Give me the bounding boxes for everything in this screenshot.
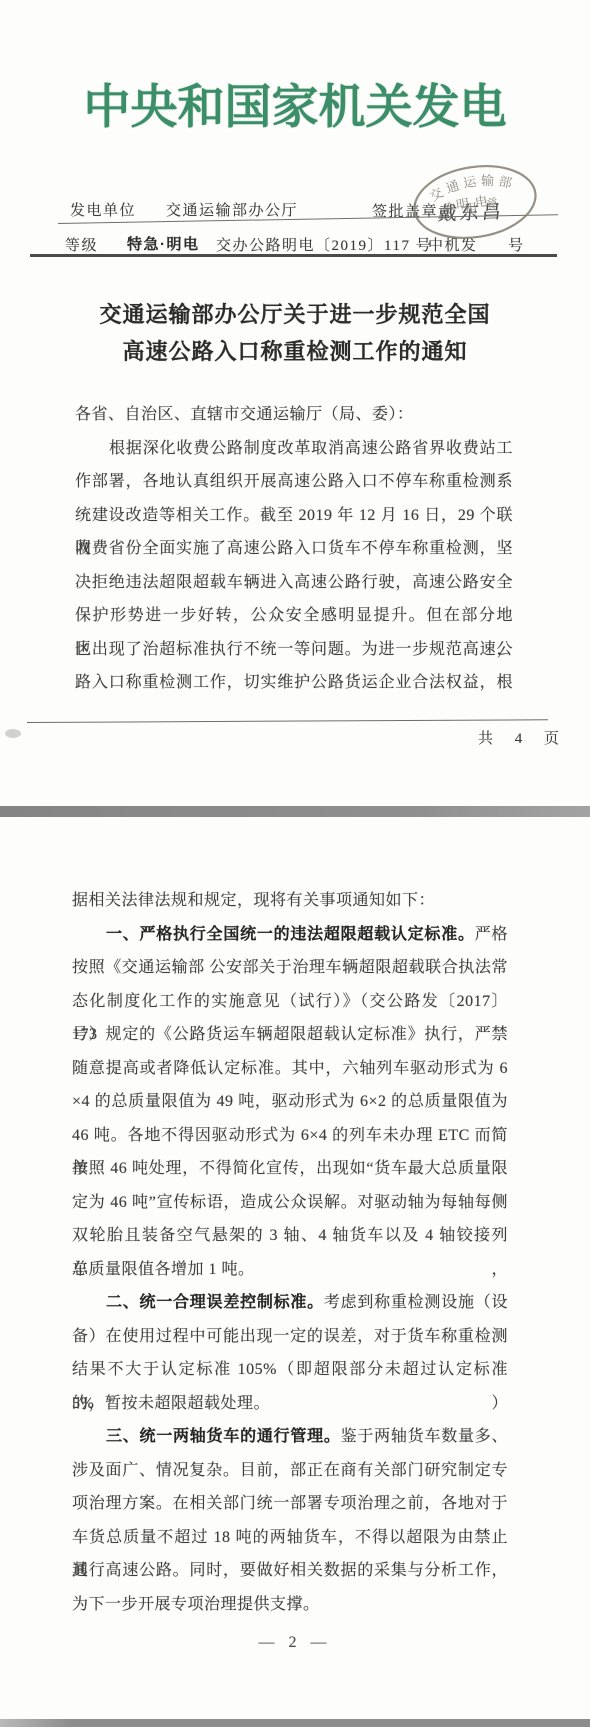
document-title-line2: 高速公路入口称重检测工作的通知 — [0, 335, 590, 366]
text-segment: 项治理方案。在相关部门统一部署专项治理之前，各地对于 — [72, 1495, 508, 1512]
text-segment: 号）规定的《公路货运车辆超限超载认定标准》执行，严禁 — [72, 1026, 508, 1043]
text-segment: 据相关法律法规和规定，现将有关事项通知如下： — [72, 892, 435, 909]
text-segment: ×4 的总质量限值为 49 吨，驱动形式为 6×2 的总质量限值为 — [72, 1093, 508, 1110]
official-stamp: 交通运输部 明电 专用章 — [408, 162, 542, 242]
text-segment: 决拒绝违法超限超载车辆进入高速公路行驶，高速公路安全 — [75, 574, 513, 591]
text-segment: 也出现了治超标准执行不统一等问题。为进一步规范高速公 — [75, 641, 513, 658]
scan-smudge-artifact — [5, 729, 21, 738]
text-segment: 路入口称重检测工作，切实维护公路货运企业合法权益，根 — [75, 674, 513, 691]
bold-heading-segment: 三、统一两轴货车的通行管理。 — [106, 1428, 341, 1445]
text-segment: 通行高速公路。同时，要做好相关数据的采集与分析工作， — [72, 1562, 508, 1579]
text-segment: 总质量限值各增加 1 吨。 — [72, 1261, 255, 1278]
body-line: 根据深化收费公路制度改革取消高速公路省界收费站工 — [75, 432, 513, 466]
page2-body: 据相关法律法规和规定，现将有关事项通知如下：一、严格执行全国统一的违法超限超载认… — [72, 884, 508, 1621]
text-segment: 各省、自治区、直辖市交通运输厅（局、委）： — [75, 406, 414, 423]
body-line: 随意提高或者降低认定标准。其中，六轴列车驱动形式为 6 — [72, 1052, 508, 1086]
bold-heading-segment: 一、严格执行全国统一的违法超限超载认定标准。 — [106, 926, 475, 943]
body-line: 三、统一两轴货车的通行管理。鉴于两轴货车数量多、 — [72, 1420, 508, 1454]
page-number: — 2 — — [0, 1634, 590, 1652]
text-segment: 的，暂按未超限超载处理。 — [72, 1395, 270, 1412]
body-line: 结果不大于认定标准 105%（即超限部分未超过认定标准 5%） — [72, 1353, 508, 1387]
body-line: 二、统一合理误差控制标准。考虑到称重检测设施（设 — [72, 1286, 508, 1320]
body-line: 保护形势进一步好转，公众安全感明显提升。但在部分地区， — [75, 599, 513, 633]
body-line: 备）在使用过程中可能出现一定的误差，对于货车称重检测 — [72, 1320, 508, 1354]
header-bottom-rule — [30, 254, 557, 257]
total-pages-note: 共 4 页 — [478, 727, 568, 748]
text-segment: 按照 46 吨处理，不得简化宣传，出现如“货车最大总质量限 — [72, 1160, 508, 1177]
body-line: ×4 的总质量限值为 49 吨，驱动形式为 6×2 的总质量限值为 — [72, 1085, 508, 1119]
body-line: 一、严格执行全国统一的违法超限超载认定标准。严格 — [72, 918, 508, 952]
body-line: 按照《交通运输部 公安部关于治理车辆超限超载联合执法常 — [72, 951, 508, 985]
text-segment: 作部署，各地认真组织开展高速公路入口不停车称重检测系 — [75, 473, 513, 490]
body-line: 号）规定的《公路货运车辆超限超载认定标准》执行，严禁 — [72, 1018, 508, 1052]
body-line: 项治理方案。在相关部门统一部署专项治理之前，各地对于 — [72, 1487, 508, 1521]
telegram-banner-title: 中央和国家机关发电 — [0, 70, 590, 137]
body-line: 46 吨。各地不得因驱动形式为 6×4 的列车未办理 ETC 而简单 — [72, 1119, 508, 1153]
body-line: 作部署，各地认真组织开展高速公路入口不停车称重检测系 — [75, 465, 513, 499]
text-segment: 涉及面广、情况复杂。目前，部正在商有关部门研究制定专 — [72, 1462, 508, 1479]
page1-footer-rule — [27, 719, 548, 723]
body-line: 收费省份全面实施了高速公路入口货车不停车称重检测，坚 — [75, 532, 513, 566]
body-line: 也出现了治超标准执行不统一等问题。为进一步规范高速公 — [75, 633, 513, 667]
doc-number: 交办公路明电〔2019〕117 号 — [216, 234, 432, 255]
text-segment: 根据深化收费公路制度改革取消高速公路省界收费站工 — [109, 440, 513, 457]
body-line: 据相关法律法规和规定，现将有关事项通知如下： — [72, 884, 508, 918]
text-segment: 考虑到称重检测设施（设 — [324, 1294, 508, 1311]
text-segment: 定为 46 吨”宣传标语，造成公众误解。对驱动轴为每轴每侧 — [72, 1194, 508, 1211]
bottom-separator-bar — [0, 1719, 590, 1727]
bold-heading-segment: 二、统一合理误差控制标准。 — [106, 1294, 324, 1311]
body-line: 按照 46 吨处理，不得简化宣传，出现如“货车最大总质量限 — [72, 1152, 508, 1186]
body-line: 车货总质量不超过 18 吨的两轴货车，不得以超限为由禁止其 — [72, 1521, 508, 1555]
page-separator-bar — [0, 806, 590, 817]
text-segment: 备）在使用过程中可能出现一定的误差，对于货车称重检测 — [72, 1328, 508, 1345]
text-segment: 收费省份全面实施了高速公路入口货车不停车称重检测，坚 — [75, 540, 513, 557]
body-line: 统建设改造等相关工作。截至 2019 年 12 月 16 日，29 个联网 — [75, 499, 513, 533]
text-segment: 为下一步开展专项治理提供支撑。 — [72, 1596, 320, 1613]
issuer-value: 交通运输部办公厅 — [166, 199, 298, 220]
telegram-page-2: 据相关法律法规和规定，现将有关事项通知如下：一、严格执行全国统一的违法超限超载认… — [0, 817, 590, 1719]
text-segment: 严格 — [475, 926, 508, 943]
issuer-label: 发电单位 — [70, 199, 136, 220]
level-value: 特急·明电 — [127, 233, 200, 254]
body-line: 各省、自治区、直辖市交通运输厅（局、委）： — [75, 398, 513, 432]
body-line: 涉及面广、情况复杂。目前，部正在商有关部门研究制定专 — [72, 1454, 508, 1488]
body-line: 定为 46 吨”宣传标语，造成公众误解。对驱动轴为每轴每侧 — [72, 1186, 508, 1220]
stamp-group: 交通运输部 明电 专用章 — [409, 162, 540, 242]
body-line: 决拒绝违法超限超载车辆进入高速公路行驶，高速公路安全 — [75, 566, 513, 600]
document-title-line1: 交通运输部办公厅关于进一步规范全国 — [0, 298, 590, 329]
body-line: 态化制度化工作的实施意见（试行）》（交公路发〔2017〕173 — [72, 985, 508, 1019]
text-segment: 鉴于两轴货车数量多、 — [341, 1428, 508, 1445]
document-photo: { "colors": { "banner_green": "#3c8e68",… — [0, 0, 590, 1727]
telegram-page-1: 中央和国家机关发电 发电单位 交通运输部办公厅 签批盖章 戴东昌 等级 特急·明… — [0, 0, 590, 806]
text-segment: 随意提高或者降低认定标准。其中，六轴列车驱动形式为 6 — [72, 1060, 508, 1077]
level-label: 等级 — [65, 234, 98, 255]
body-line: 路入口称重检测工作，切实维护公路货运企业合法权益，根 — [75, 666, 513, 700]
body-line: 双轮胎且装备空气悬架的 3 轴、4 轴货车以及 4 轴铰接列车， — [72, 1219, 508, 1253]
text-segment: 按照《交通运输部 公安部关于治理车辆超限超载联合执法常 — [72, 959, 508, 976]
body-line: 为下一步开展专项治理提供支撑。 — [72, 1588, 508, 1622]
page1-body: 各省、自治区、直辖市交通运输厅（局、委）：根据深化收费公路制度改革取消高速公路省… — [75, 398, 513, 700]
body-line: 通行高速公路。同时，要做好相关数据的采集与分析工作， — [72, 1554, 508, 1588]
